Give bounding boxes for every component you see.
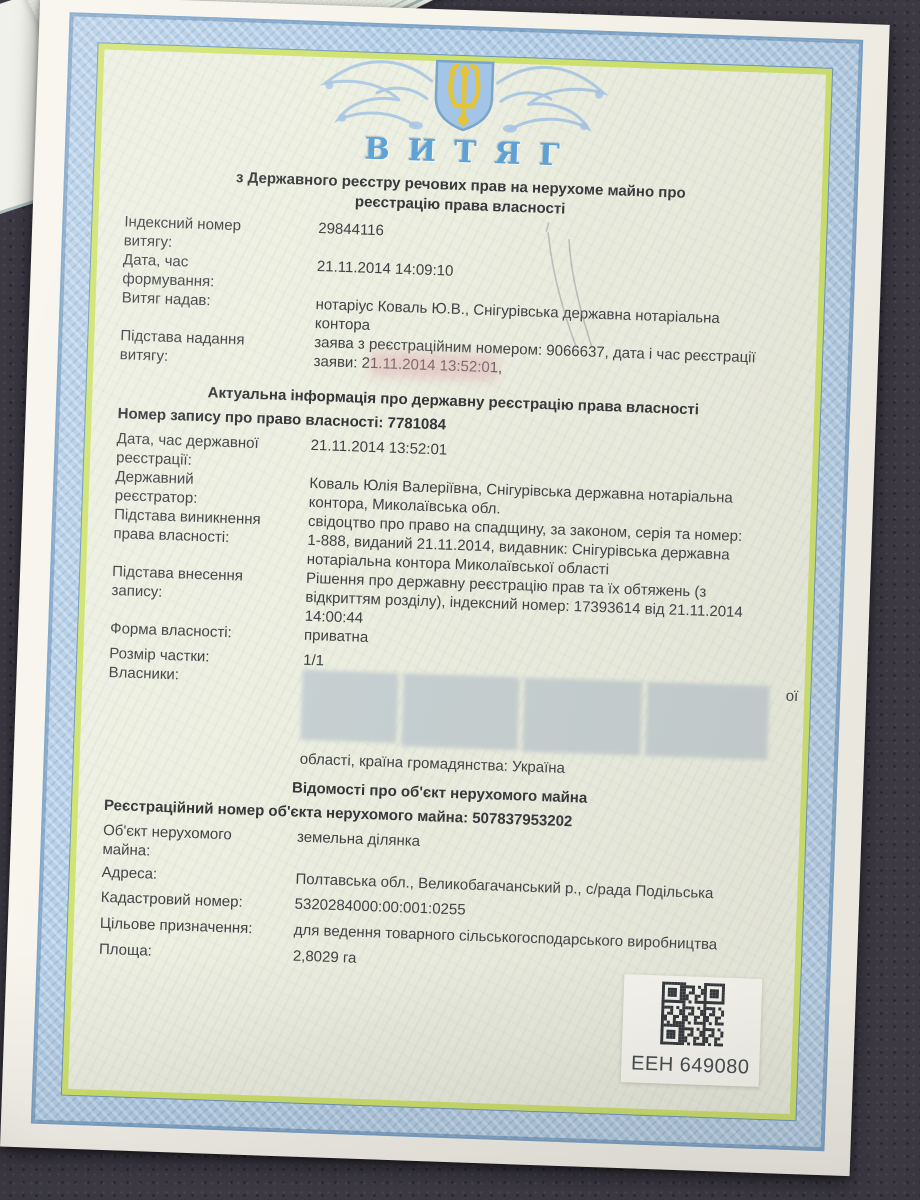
document-paper: ВИТЯГ з Державного реєстру речових прав … <box>0 0 890 1176</box>
document-content: ВИТЯГ з Державного реєстру речових прав … <box>68 49 826 1114</box>
guilloche-border: ВИТЯГ з Державного реєстру речових прав … <box>31 12 863 1151</box>
owners-visible-fragment: ої <box>785 687 798 706</box>
qr-sticker: ЕЕН 649080 <box>621 974 763 1087</box>
field-label: Цільове призначення: <box>100 914 261 939</box>
sticker-code: ЕЕН 649080 <box>621 1052 760 1079</box>
field-label: Індексний номер витягу: <box>123 212 284 256</box>
field-label: Підстава внесення запису: <box>111 562 273 625</box>
owners-redaction: ої <box>300 670 782 761</box>
owners-redaction-block <box>401 673 519 750</box>
owners-redaction-block <box>645 682 770 760</box>
field-label: Підстава виникнення права власності: <box>113 505 275 568</box>
field-label: Власники: <box>106 663 269 768</box>
field-label: Площа: <box>99 940 260 965</box>
redaction-blur <box>369 351 498 381</box>
qr-code-icon <box>660 981 725 1046</box>
green-border-line: ВИТЯГ з Державного реєстру речових прав … <box>62 43 832 1120</box>
field-label: Адреса: <box>101 863 262 888</box>
field-label: Підстава надання витягу: <box>119 326 280 370</box>
extract-document: ВИТЯГ з Державного реєстру речових прав … <box>0 0 890 1176</box>
document-inner-area: ВИТЯГ з Державного реєстру речових прав … <box>68 49 826 1114</box>
desk-background: ВИТЯГ з Державного реєстру речових прав … <box>0 0 920 1200</box>
trident-emblem-icon <box>297 42 630 158</box>
field-label: Об'єкт нерухомого майна: <box>102 821 263 865</box>
field-label: Кадастровий номер: <box>100 888 261 913</box>
owners-redaction-block <box>522 677 643 755</box>
owners-redaction-block <box>300 670 398 743</box>
owners-value: ої області, країна громадянства: Україна <box>299 670 782 786</box>
field-label: Дата, час державної реєстрації: <box>116 429 277 473</box>
field-label: Державний реєстратор: <box>115 467 276 511</box>
field-label: Витяг надав: <box>121 288 282 332</box>
field-label: Дата, час формування: <box>122 250 283 294</box>
document-subtitle: з Державного реєстру речових прав на нер… <box>225 168 696 224</box>
